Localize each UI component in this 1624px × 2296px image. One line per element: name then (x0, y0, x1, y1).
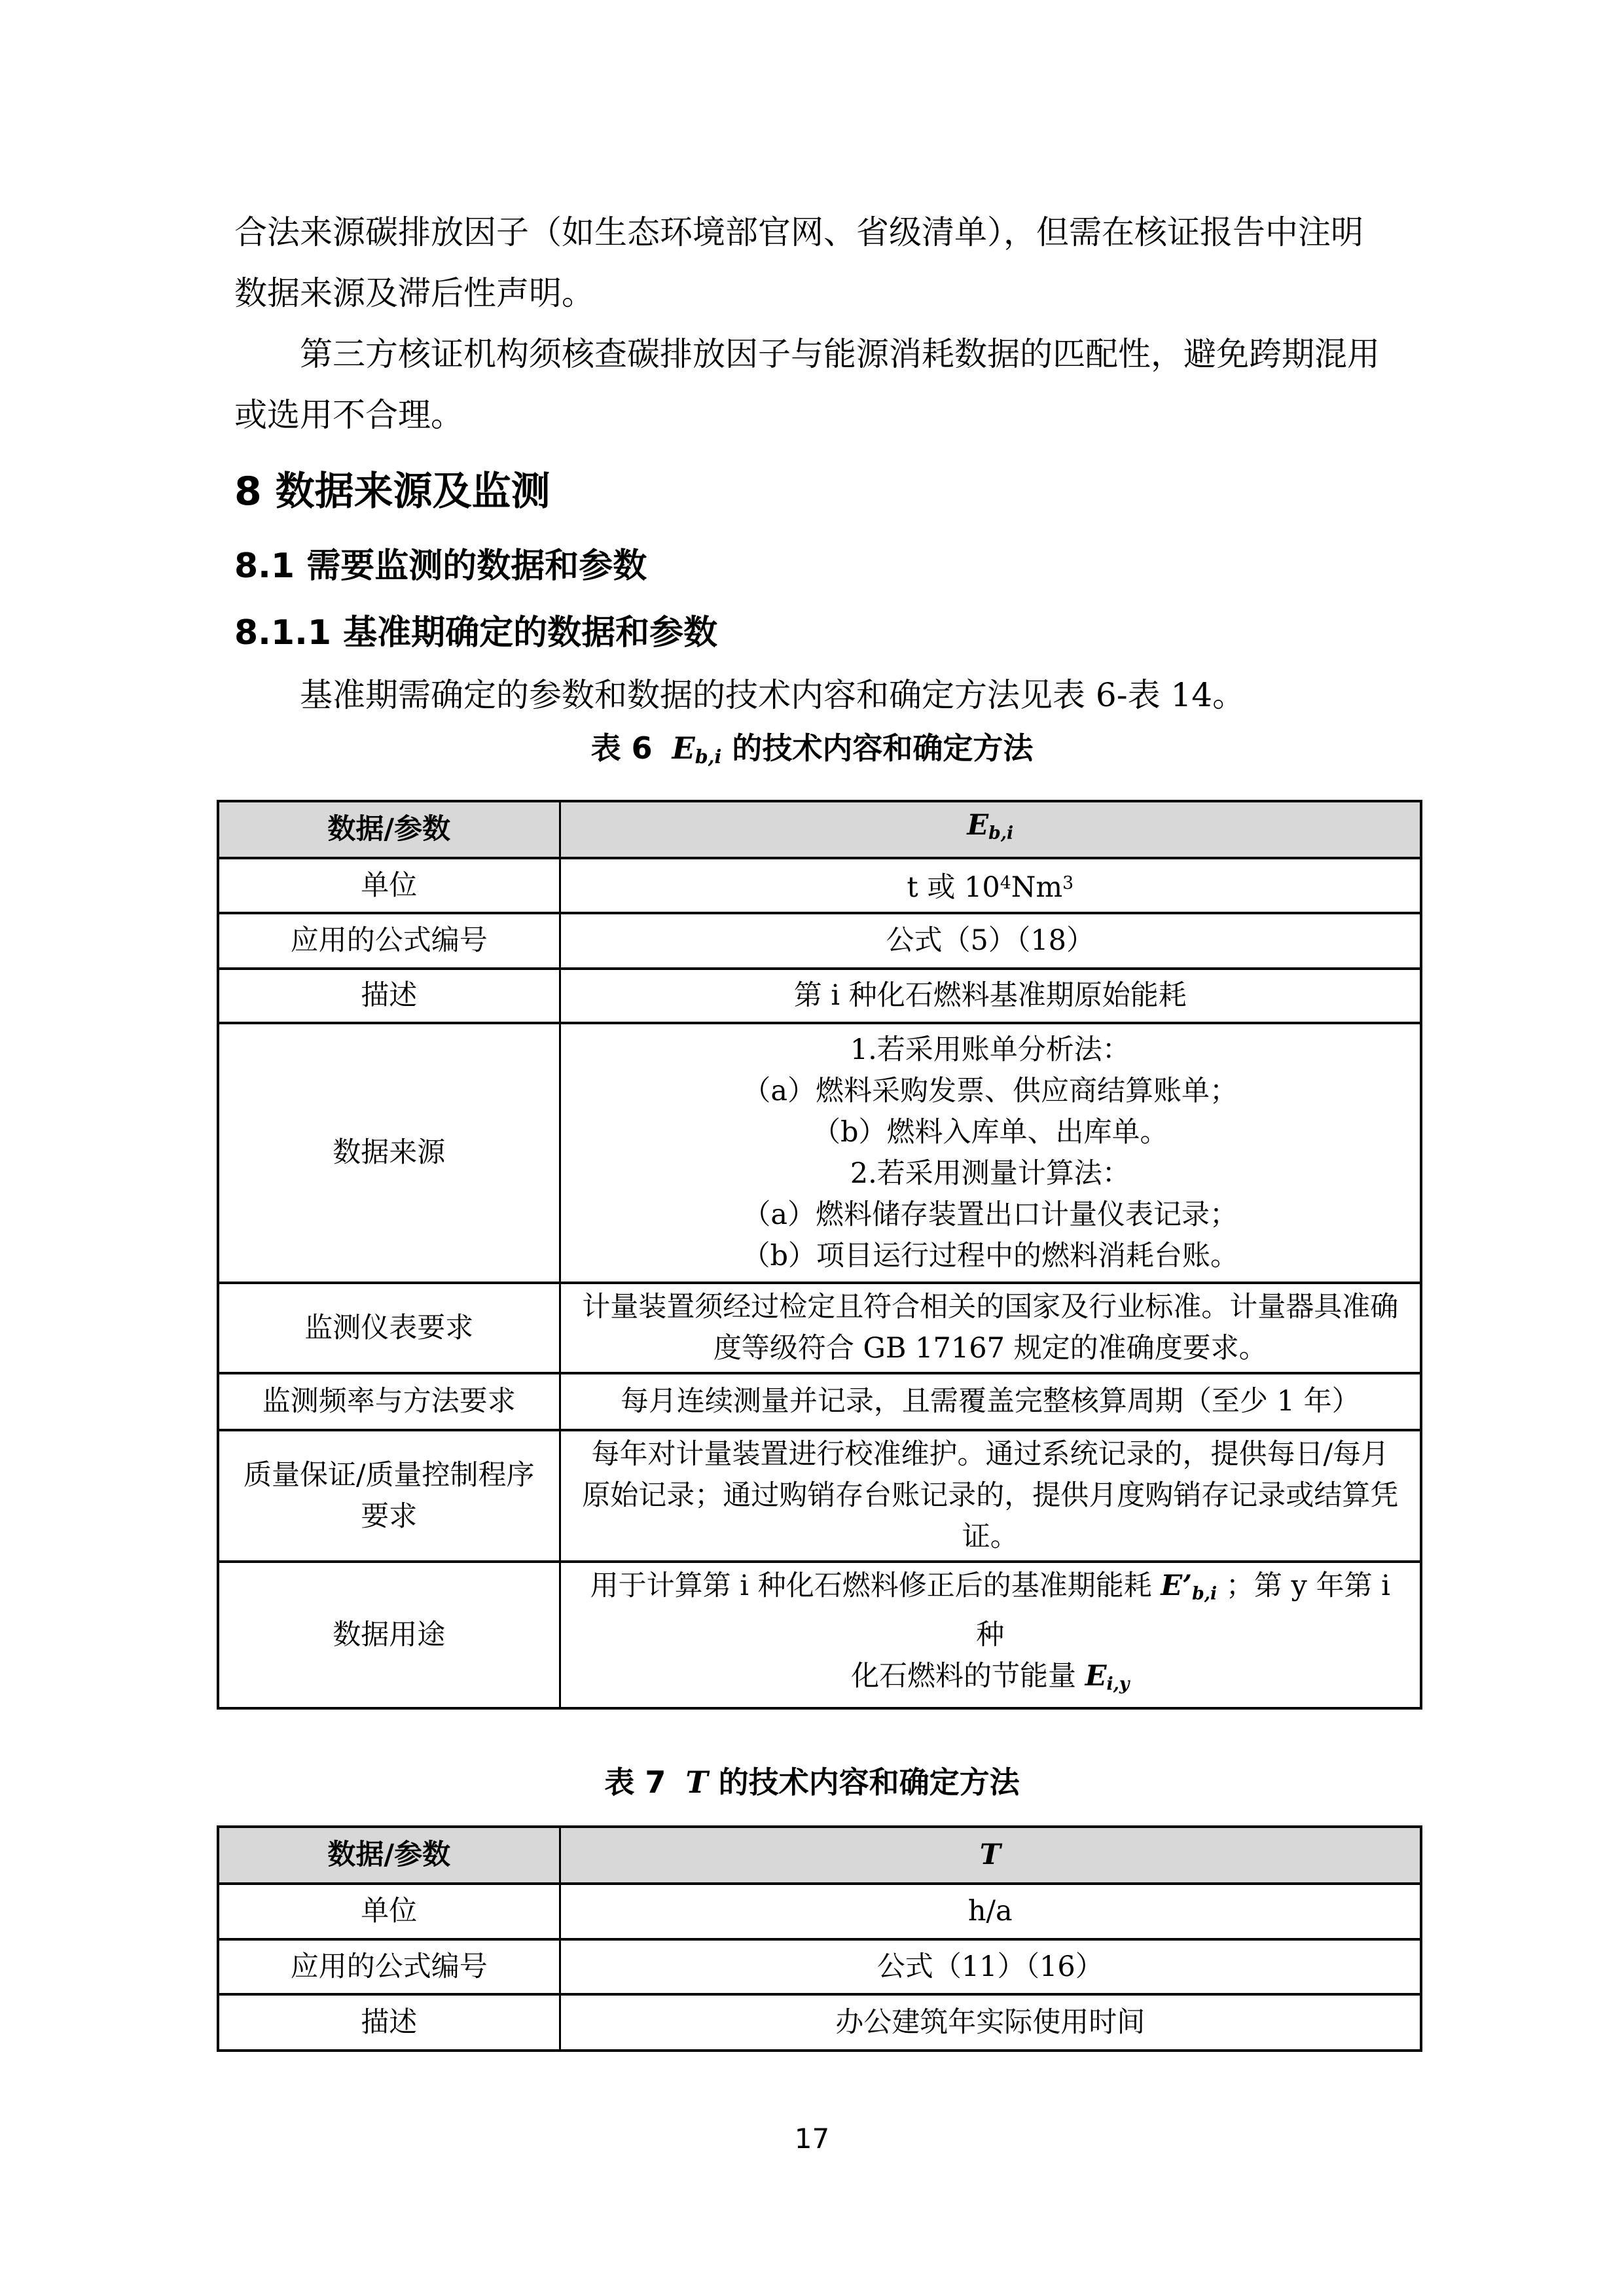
row-value: 第 i 种化石燃料基准期原始能耗 (560, 969, 1421, 1023)
paragraph-line: 或选用不合理。 (234, 385, 1428, 446)
row-label: 描述 (218, 969, 560, 1023)
table-row-formula: 应用的公式编号 公式（5）（18） (218, 913, 1421, 969)
row-label: 单位 (218, 858, 560, 913)
table7-caption-text: 的技术内容和确定方法 (719, 1765, 1020, 1800)
table7-header-col1: 数据/参数 (218, 1827, 560, 1884)
table-row-header: 数据/参数 Eb,i (218, 801, 1421, 858)
row-label: 应用的公式编号 (218, 913, 560, 969)
row-label: 数据来源 (218, 1023, 560, 1283)
table-row-unit: 单位 t 或 104Nm3 (218, 858, 1421, 913)
row-value: 用于计算第 i 种化石燃料修正后的基准期能耗 E’b,i ；第 y 年第 i 种… (560, 1562, 1421, 1708)
table6: 数据/参数 Eb,i 单位 t 或 104Nm3 应用的公式编号 公式（5）（1… (217, 800, 1422, 1710)
paragraph-line: 第三方核证机构须核查碳排放因子与能源消耗数据的匹配性，避免跨期混用 (234, 324, 1428, 385)
row-value: 每年对计量装置进行校准维护。通过系统记录的，提供每日/每月 原始记录；通过购销存… (560, 1430, 1421, 1562)
row-value: h/a (560, 1884, 1421, 1939)
table7-caption-label: 表 7 (604, 1765, 666, 1800)
row-label: 质量保证/质量控制程序 要求 (218, 1430, 560, 1562)
table-row-description: 描述 第 i 种化石燃料基准期原始能耗 (218, 969, 1421, 1023)
table7: 数据/参数 T 单位 h/a 应用的公式编号 公式（11）（16） 描述 办公建… (217, 1825, 1422, 2052)
table6-caption-label: 表 6 (591, 730, 653, 766)
document-page: 合法来源碳排放因子（如生态环境部官网、省级清单），但需在核证报告中注明 数据来源… (0, 0, 1624, 2296)
row-label: 单位 (218, 1884, 560, 1939)
section-heading-8-1: 8.1 需要监测的数据和参数 (234, 543, 1428, 590)
table-row-instrument: 监测仪表要求 计量装置须经过检定且符合相关的国家及行业标准。计量器具准确 度等级… (218, 1283, 1421, 1373)
row-label: 应用的公式编号 (218, 1939, 560, 1994)
table6-caption: 表 6Eb,i 的技术内容和确定方法 (0, 727, 1624, 778)
table6-caption-symbol: Eb,i (672, 730, 722, 766)
page-number: 17 (0, 2123, 1624, 2155)
paragraph-line: 合法来源碳排放因子（如生态环境部官网、省级清单），但需在核证报告中注明 (234, 202, 1428, 263)
table-row-data-source: 数据来源 1.若采用账单分析法： （a）燃料采购发票、供应商结算账单； （b）燃… (218, 1023, 1421, 1283)
row-value: 每月连续测量并记录，且需覆盖完整核算周期（至少 1 年） (560, 1373, 1421, 1430)
table-row-unit: 单位 h/a (218, 1884, 1421, 1939)
lead-paragraph: 基准期需确定的参数和数据的技术内容和确定方法见表 6-表 14。 (234, 665, 1428, 726)
section-heading-8: 8 数据来源及监测 (234, 463, 1428, 520)
table7-header-col2: T (560, 1827, 1421, 1884)
table-row-description: 描述 办公建筑年实际使用时间 (218, 1994, 1421, 2051)
row-value: t 或 104Nm3 (560, 858, 1421, 913)
row-value: 公式（5）（18） (560, 913, 1421, 969)
text-block: 合法来源碳排放因子（如生态环境部官网、省级清单），但需在核证报告中注明 数据来源… (234, 202, 1428, 726)
row-value: 办公建筑年实际使用时间 (560, 1994, 1421, 2051)
section-heading-8-1-1: 8.1.1 基准期确定的数据和参数 (234, 609, 1428, 656)
table7-caption-symbol: T (685, 1765, 708, 1800)
table-row-usage: 数据用途 用于计算第 i 种化石燃料修正后的基准期能耗 E’b,i ；第 y 年… (218, 1562, 1421, 1708)
table-row-formula: 应用的公式编号 公式（11）（16） (218, 1939, 1421, 1994)
row-value: 1.若采用账单分析法： （a）燃料采购发票、供应商结算账单； （b）燃料入库单、… (560, 1023, 1421, 1283)
row-value: 计量装置须经过检定且符合相关的国家及行业标准。计量器具准确 度等级符合 GB 1… (560, 1283, 1421, 1373)
table7-caption: 表 7T 的技术内容和确定方法 (0, 1761, 1624, 1803)
row-value: 公式（11）（16） (560, 1939, 1421, 1994)
table-row-qaqc: 质量保证/质量控制程序 要求 每年对计量装置进行校准维护。通过系统记录的，提供每… (218, 1430, 1421, 1562)
row-label: 监测频率与方法要求 (218, 1373, 560, 1430)
table6-header-col2: Eb,i (560, 801, 1421, 858)
table6-header-col1: 数据/参数 (218, 801, 560, 858)
table-row-frequency: 监测频率与方法要求 每月连续测量并记录，且需覆盖完整核算周期（至少 1 年） (218, 1373, 1421, 1430)
row-label: 监测仪表要求 (218, 1283, 560, 1373)
row-label: 描述 (218, 1994, 560, 2051)
paragraph-line: 数据来源及滞后性声明。 (234, 263, 1428, 324)
table6-caption-text: 的技术内容和确定方法 (732, 730, 1033, 766)
row-label: 数据用途 (218, 1562, 560, 1708)
table-row-header: 数据/参数 T (218, 1827, 1421, 1884)
